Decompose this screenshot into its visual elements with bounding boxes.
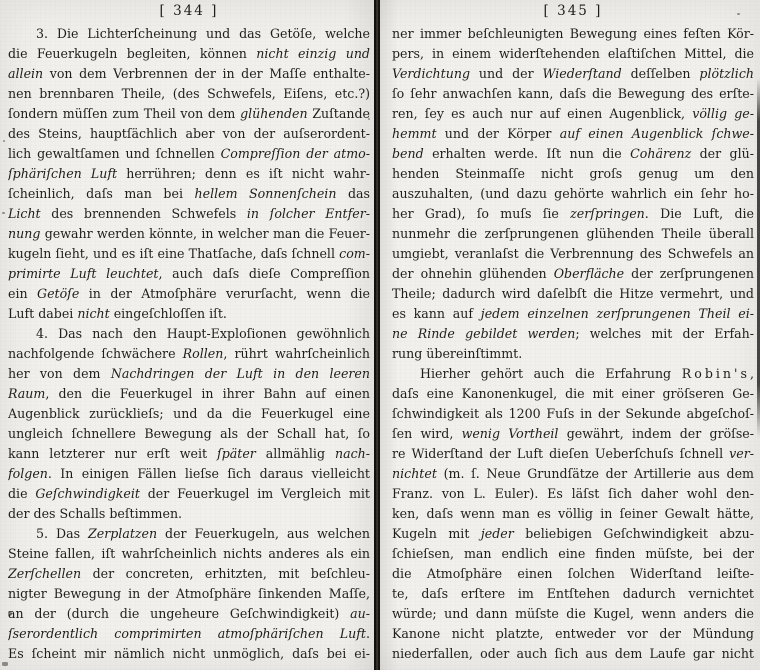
- text-line: der ohnehin glühenden Oberfläche der zer…: [392, 264, 754, 284]
- text-line: nunmehr die zerſprungenen glühenden Thei…: [392, 224, 754, 244]
- page-header: [ 344 ]: [8, 0, 370, 24]
- text-line: ſondern müſſen zum Theil von dem glühend…: [8, 104, 370, 124]
- text-line: 5. Das Zerplatzen der Feuerkugeln, aus w…: [8, 524, 370, 544]
- text-line: an der (durch die ungeheure Geſchwindigk…: [8, 604, 370, 624]
- text-line: allein von dem Verbrennen der in der Maſ…: [8, 64, 370, 84]
- text-line: ſserordentlich comprimirten atmoſphäriſc…: [8, 624, 370, 644]
- text-line: ner immer beſchleunigten Bewegung eines …: [392, 24, 754, 44]
- page-text-block: 3. Die Lichterſcheinung und das Getöſe, …: [8, 24, 370, 664]
- text-line: Raum, den die Feuerkugel in ihrer Bahn a…: [8, 384, 370, 404]
- text-line: hemmt und der Körper auf einen Augenblic…: [392, 124, 754, 144]
- text-line: re Widerſtand der Luft dieſen Ueberſchuſ…: [392, 444, 754, 464]
- text-line: Hierher gehört auch die Erfahrung Robin'…: [392, 364, 754, 384]
- text-line: henden Steinmaſſe nicht groſs genug um d…: [392, 164, 754, 184]
- text-line: ſphäriſchen Luft herrühren; denn es iſt …: [8, 164, 370, 184]
- text-line: her Grad), ſo muſs ſie zerſpringen. Die …: [392, 204, 754, 224]
- text-line: ein Getöſe in der Atmoſphäre verurſacht,…: [8, 284, 370, 304]
- text-line: ren, ſey es auch nur auf einen Augenblic…: [392, 104, 754, 124]
- text-line: kann letzterer nur erſt weit ſpäter allm…: [8, 444, 370, 464]
- text-line: die Feuerkugeln begleiten, können nicht …: [8, 44, 370, 64]
- text-line: pers, in einem widerſtehenden elaſtiſche…: [392, 44, 754, 64]
- column-divider-rule: [374, 0, 380, 670]
- text-line: 4. Das nach den Haupt-Exploſionen gewöhn…: [8, 324, 370, 344]
- text-line: nichtet (m. ſ. Neue Grundſätze der Artil…: [392, 464, 754, 484]
- text-line: Franz. von L. Euler). Es läſst ſich dahe…: [392, 484, 754, 504]
- scanned-book-spread: [ 344 ] 3. Die Lichterſcheinung und das …: [0, 0, 760, 670]
- text-line: ken, daſs wenn man es völlig in ſeiner G…: [392, 504, 754, 524]
- text-line: Es ſcheint mir nämlich nicht unmöglich, …: [8, 644, 370, 664]
- text-line: Zerſchellen der concreten, erhitzten, mi…: [8, 564, 370, 584]
- text-line: umgiebt, veranlaſst die Verbrennung des …: [392, 244, 754, 264]
- text-line: ne Rinde gebildet werden; welches mit de…: [392, 324, 754, 344]
- text-line: bend erhalten werde. Iſt nun die Cohären…: [392, 144, 754, 164]
- text-line: der des Schalls beſtimmen.: [8, 504, 370, 524]
- text-line: die Geſchwindigkeit der Feuerkugel im Ve…: [8, 484, 370, 504]
- text-line: nachfolgende ſchwächere Rollen, rührt wa…: [8, 344, 370, 364]
- text-line: Licht des brennenden Schwefels in ſolche…: [8, 204, 370, 224]
- text-line: nen brennbaren Theile, (des Schwefels, E…: [8, 84, 370, 104]
- page-header: [ 345 ]: [392, 0, 754, 24]
- text-line: die Atmoſphäre einen ſolchen Widerſtand …: [392, 564, 754, 584]
- text-line: niederfallen, oder auch ſich aus dem Lau…: [392, 644, 754, 664]
- text-line: her von dem Nachdringen der Luft in den …: [8, 364, 370, 384]
- text-line: ſcheinlich, daſs man bei hellem Sonnenſc…: [8, 184, 370, 204]
- text-line: lich gewaltſamen und ſchnellen Compreſſi…: [8, 144, 370, 164]
- text-line: auszuhalten, (und dazu gehörte wahrlich …: [392, 184, 754, 204]
- text-line: ungleich ſchnellere Bewegung als der Sch…: [8, 424, 370, 444]
- text-line: Theile; dadurch wird daſelbſt die Hitze …: [392, 284, 754, 304]
- text-line: daſs eine Kanonenkugel, die mit einer gr…: [392, 384, 754, 404]
- text-line: Steine fallen, iſt wahrſcheinlich nichts…: [8, 544, 370, 564]
- scan-speckle: [2, 212, 5, 214]
- text-line: nigter Bewegung in der Atmoſphäre ſinken…: [8, 584, 370, 604]
- text-line: Luft dabei nicht eingeſchloſſen iſt.: [8, 304, 370, 324]
- text-line: ſo ſehr anwachſen kann, daſs die Bewegun…: [392, 84, 754, 104]
- text-line: folgen. In einigen Fällen lieſse ſich da…: [8, 464, 370, 484]
- text-line: ſchieſsen, man endlich eine finden müſst…: [392, 544, 754, 564]
- text-line: ſen wird, wenig Vortheil gewährt, indem …: [392, 424, 754, 444]
- text-line: Verdichtung und der Wiederſtand deſſelbe…: [392, 64, 754, 84]
- text-line: des Steins, hauptſächlich aber von der a…: [8, 124, 370, 144]
- text-line: nung gewahr werden könnte, in welcher ma…: [8, 224, 370, 244]
- text-line: würde; und dann müſste die Kugel, wenn a…: [392, 604, 754, 624]
- text-line: Kugeln mit jeder beliebigen Geſchwindigk…: [392, 524, 754, 544]
- scan-speckle: [3, 140, 5, 142]
- text-line: Kanone nicht platzte, entweder vor der M…: [392, 624, 754, 644]
- text-line: 3. Die Lichterſcheinung und das Getöſe, …: [8, 24, 370, 44]
- text-line: primirte Luft leuchtet, auch daſs dieſe …: [8, 264, 370, 284]
- text-line: es kann auf jedem einzelnen zerſprungene…: [392, 304, 754, 324]
- page-344-column: [ 344 ] 3. Die Lichterſcheinung und das …: [8, 0, 370, 664]
- page-text-block: ner immer beſchleunigten Bewegung eines …: [392, 24, 754, 664]
- page-345-column: [ 345 ] ner immer beſchleunigten Bewegun…: [392, 0, 754, 664]
- text-line: te, daſs erſtere im Entſtehen dadurch ve…: [392, 584, 754, 604]
- text-line: rung übereinſtimmt.: [392, 344, 754, 364]
- text-line: kugeln ſieht, und es iſt eine Thatſache,…: [8, 244, 370, 264]
- text-line: ſchwindigkeit als 1200 Fuſs in der Sekun…: [392, 404, 754, 424]
- text-line: Augenblick zurücklieſs; und da die Feuer…: [8, 404, 370, 424]
